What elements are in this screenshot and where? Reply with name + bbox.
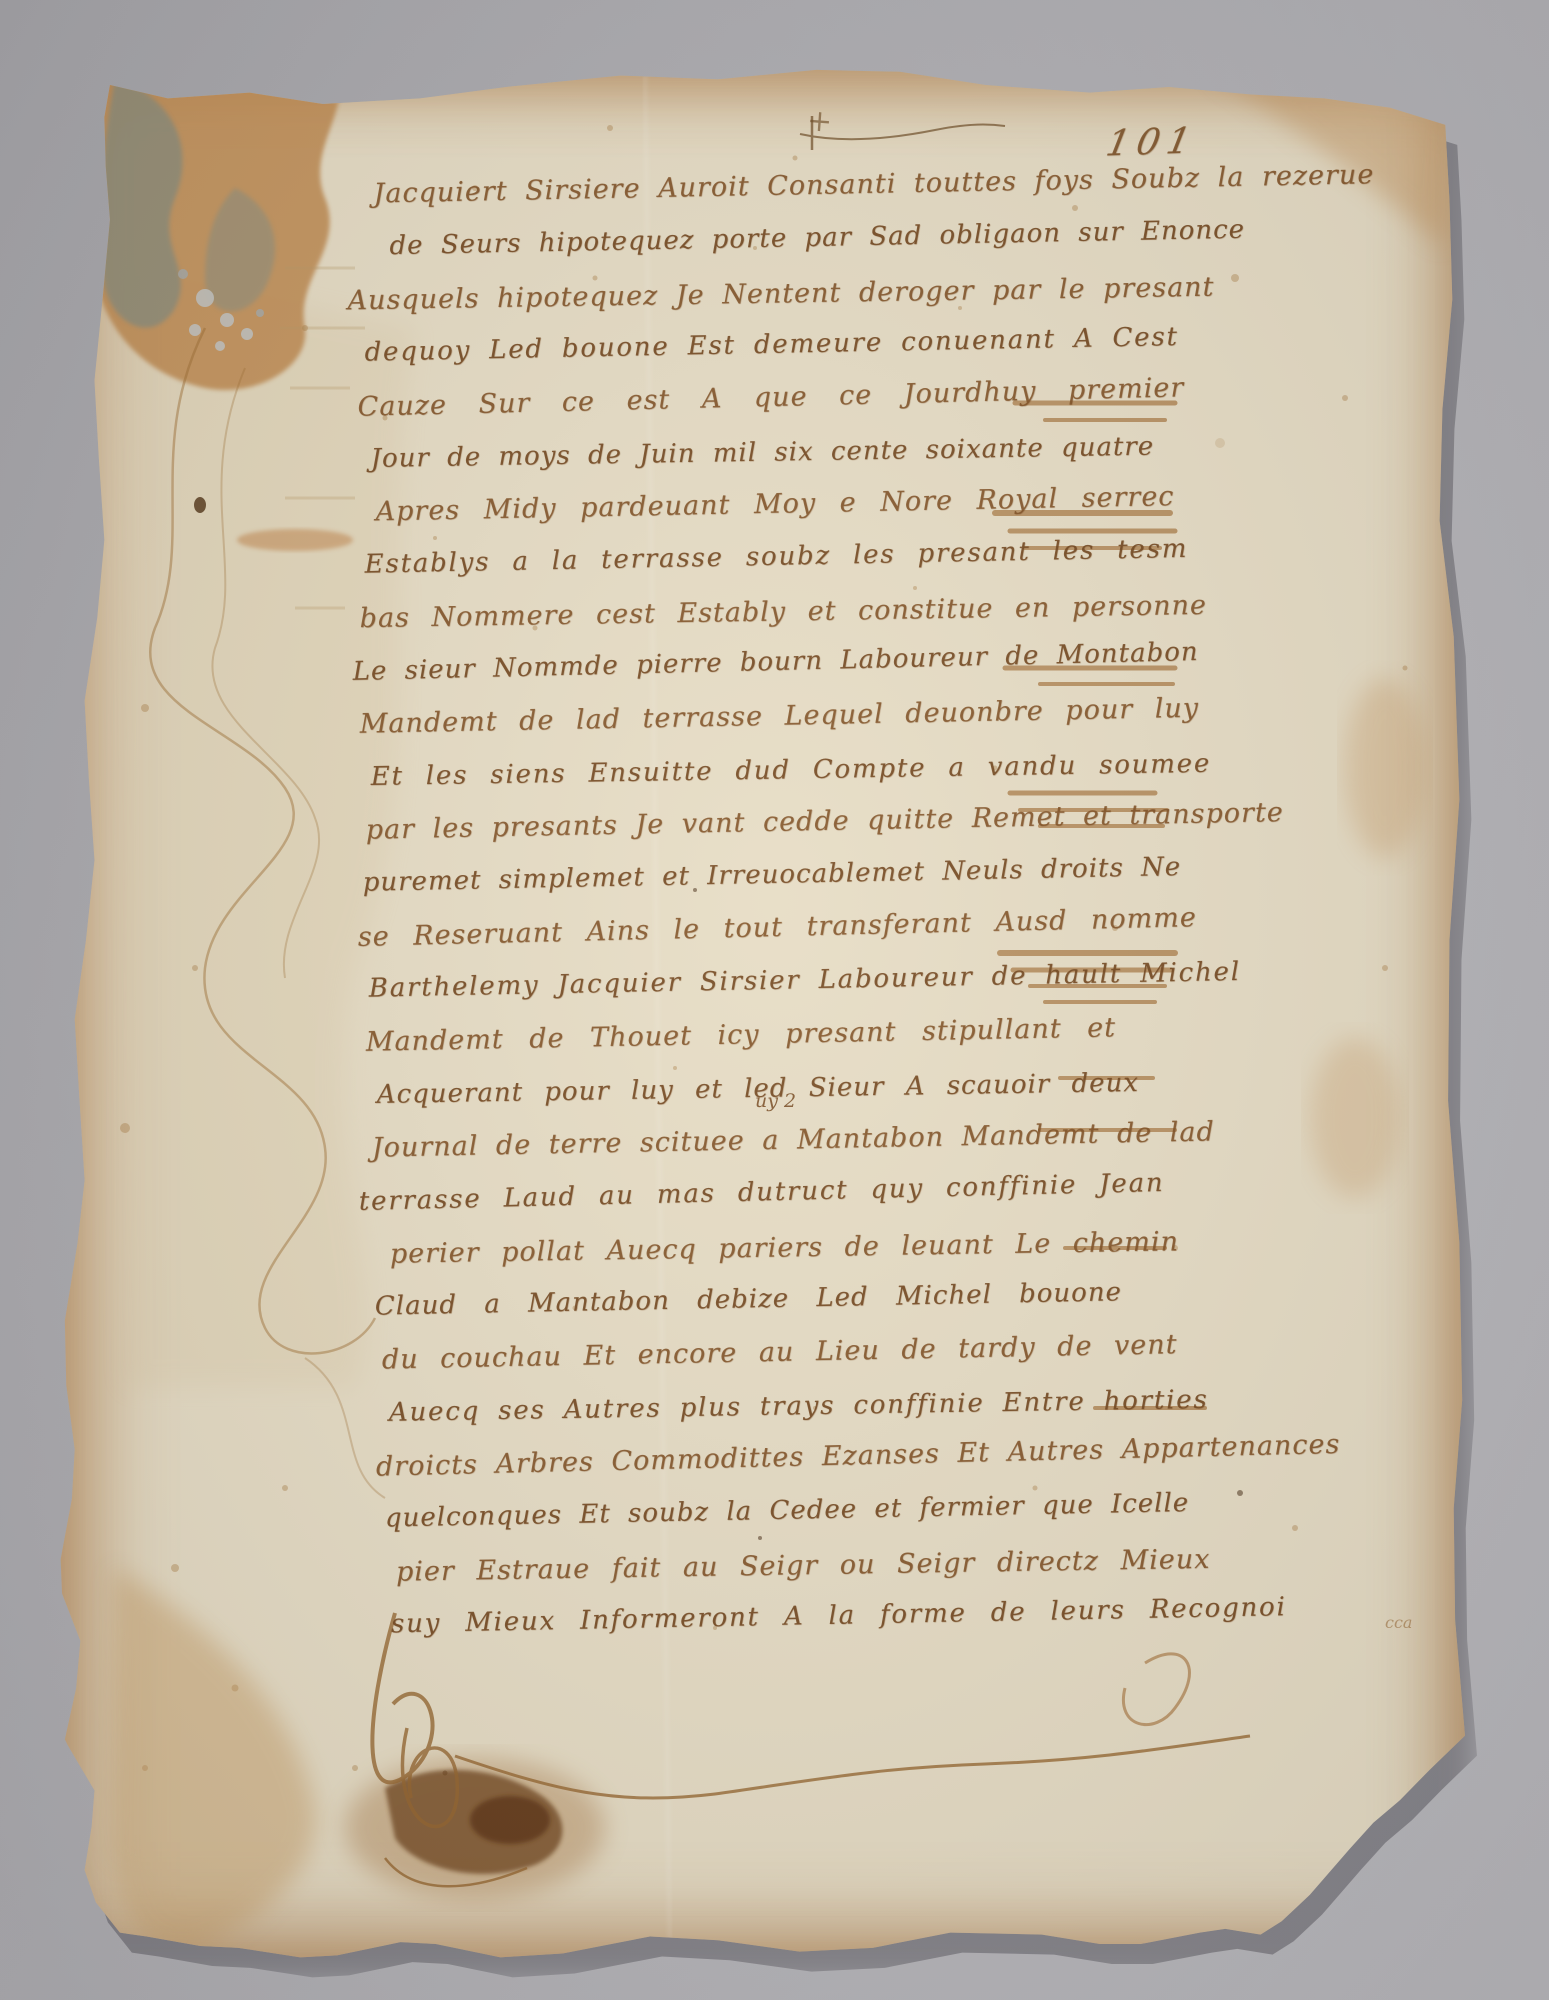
right-edge-stain-1 <box>1345 678 1425 858</box>
line-end-curl <box>1123 1654 1189 1725</box>
cross-mark: + <box>806 103 834 140</box>
stain-bottom-left <box>110 1568 316 1950</box>
manuscript-page: 101 + cca uy 2 Jacquiert Sirsiere Auroit… <box>55 68 1465 1963</box>
margin-note: cca <box>1385 1613 1412 1632</box>
bottom-stain-core <box>470 1796 550 1844</box>
manuscript-text: Jacquiert Sirsiere Auroit Consanti toutt… <box>343 150 1301 1652</box>
photo-backdrop: 101 + cca uy 2 Jacquiert Sirsiere Auroit… <box>0 0 1549 2000</box>
right-edge-stain-2 <box>1310 1038 1400 1198</box>
worm-hole <box>194 497 206 513</box>
tan-dash-stain <box>237 529 353 551</box>
